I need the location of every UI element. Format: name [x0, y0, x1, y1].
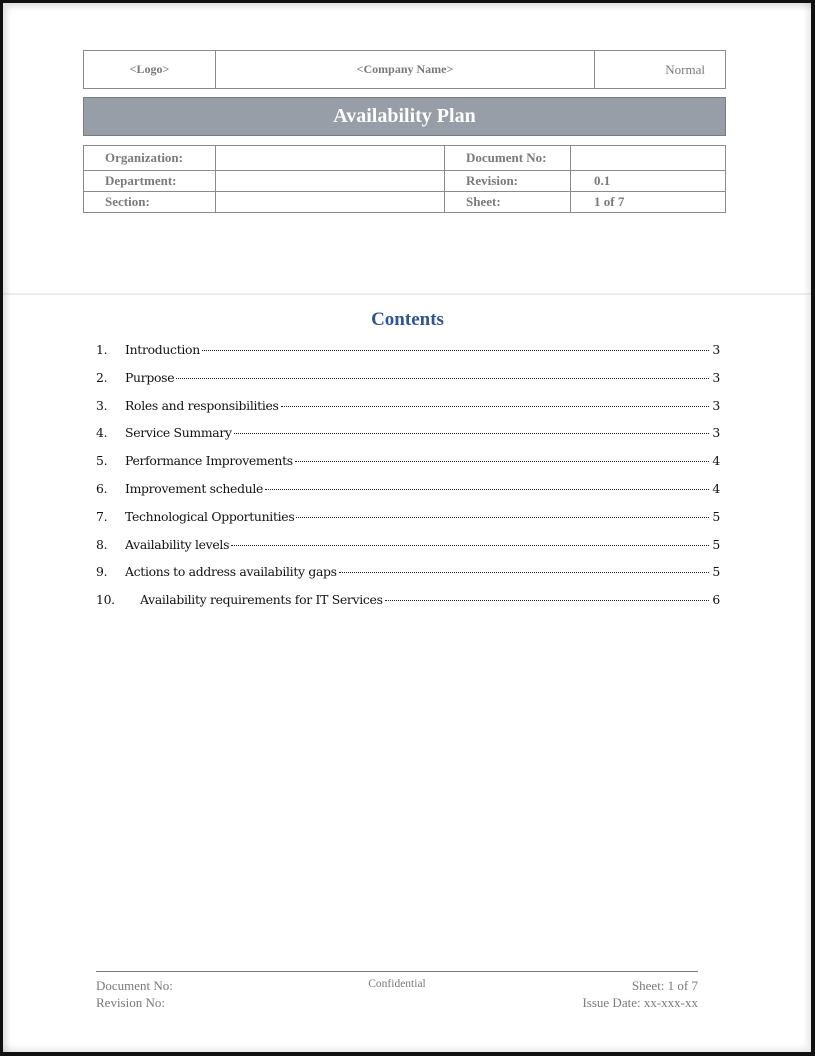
toc-leader-dots — [234, 433, 709, 434]
toc-entry-label: Introduction — [125, 342, 200, 357]
document-no-label: Document No: — [445, 146, 571, 171]
toc-entry-page: 3 — [711, 398, 720, 413]
toc-entry-page: 4 — [711, 481, 720, 496]
toc-entry-page: 5 — [711, 509, 720, 524]
toc-entry-label: Availability levels — [125, 537, 229, 552]
toc-entry-page: 5 — [711, 537, 720, 552]
toc-entry[interactable]: 7.Technological Opportunities5 — [96, 509, 720, 537]
toc-leader-dots — [202, 350, 709, 351]
footer-issue-date: Issue Date: xx-xxx-xx — [582, 994, 698, 1011]
toc-entry[interactable]: 4.Service Summary3 — [96, 425, 720, 453]
toc-entry-label: Roles and responsibilities — [125, 398, 279, 413]
footer-divider — [96, 971, 698, 972]
toc-entry-number: 9. — [96, 564, 125, 579]
toc-entry-page: 3 — [711, 370, 720, 385]
toc-entry-label: Purpose — [125, 370, 174, 385]
company-name: <Company Name> — [216, 51, 595, 89]
section-value[interactable] — [216, 192, 445, 213]
toc-leader-dots — [296, 517, 709, 518]
toc-entry-number: 5. — [96, 453, 125, 468]
toc-entry-page: 6 — [711, 592, 720, 607]
header-table: <Logo> <Company Name> Normal — [83, 50, 726, 89]
document-title: Availability Plan — [83, 97, 726, 136]
toc-leader-dots — [265, 489, 709, 490]
contents-heading: Contents — [0, 309, 815, 331]
section-label: Section: — [84, 192, 216, 213]
toc-entry-page: 4 — [711, 453, 720, 468]
toc-entry[interactable]: 5.Performance Improvements4 — [96, 453, 720, 481]
footer-sheet: Sheet: 1 of 7 — [582, 977, 698, 994]
toc-entry-label: Performance Improvements — [125, 453, 293, 468]
document-no-value[interactable] — [571, 146, 726, 171]
toc-entry-label: Technological Opportunities — [125, 509, 294, 524]
revision-value[interactable]: 0.1 — [571, 171, 726, 192]
toc-entry-number: 8. — [96, 537, 125, 552]
toc-entry[interactable]: 8.Availability levels5 — [96, 537, 720, 565]
toc-entry-label: Availability requirements for IT Service… — [140, 592, 383, 607]
department-label: Department: — [84, 171, 216, 192]
toc-entry[interactable]: 2.Purpose3 — [96, 370, 720, 398]
toc-entry-number: 1. — [96, 342, 125, 357]
revision-label: Revision: — [445, 171, 571, 192]
footer-revision-no: Revision No: — [96, 994, 173, 1011]
table-of-contents: 1.Introduction32.Purpose33.Roles and res… — [96, 342, 720, 620]
toc-leader-dots — [385, 600, 709, 601]
toc-entry[interactable]: 3.Roles and responsibilities3 — [96, 398, 720, 426]
toc-entry-page: 5 — [711, 564, 720, 579]
toc-leader-dots — [231, 545, 709, 546]
organization-label: Organization: — [84, 146, 216, 171]
toc-entry[interactable]: 1.Introduction3 — [96, 342, 720, 370]
toc-leader-dots — [295, 461, 709, 462]
page-break — [3, 293, 811, 295]
toc-entry[interactable]: 9.Actions to address availability gaps5 — [96, 564, 720, 592]
toc-entry[interactable]: 6.Improvement schedule4 — [96, 481, 720, 509]
info-table: Organization: Document No: Department: R… — [83, 145, 726, 213]
toc-entry-number: 2. — [96, 370, 125, 385]
toc-entry-label: Improvement schedule — [125, 481, 263, 496]
logo-placeholder: <Logo> — [84, 51, 216, 89]
toc-leader-dots — [281, 406, 709, 407]
organization-value[interactable] — [216, 146, 445, 171]
toc-entry-page: 3 — [711, 425, 720, 440]
toc-entry-label: Service Summary — [125, 425, 232, 440]
toc-entry[interactable]: 10.Availability requirements for IT Serv… — [96, 592, 720, 620]
style-label: Normal — [595, 51, 726, 89]
toc-entry-number: 3. — [96, 398, 125, 413]
sheet-value[interactable]: 1 of 7 — [571, 192, 726, 213]
sheet-label: Sheet: — [445, 192, 571, 213]
toc-entry-number: 7. — [96, 509, 125, 524]
toc-entry-number: 10. — [96, 592, 140, 607]
toc-entry-number: 4. — [96, 425, 125, 440]
toc-entry-number: 6. — [96, 481, 125, 496]
toc-leader-dots — [176, 378, 709, 379]
toc-entry-label: Actions to address availability gaps — [125, 564, 337, 579]
toc-entry-page: 3 — [711, 342, 720, 357]
department-value[interactable] — [216, 171, 445, 192]
toc-leader-dots — [339, 572, 709, 573]
